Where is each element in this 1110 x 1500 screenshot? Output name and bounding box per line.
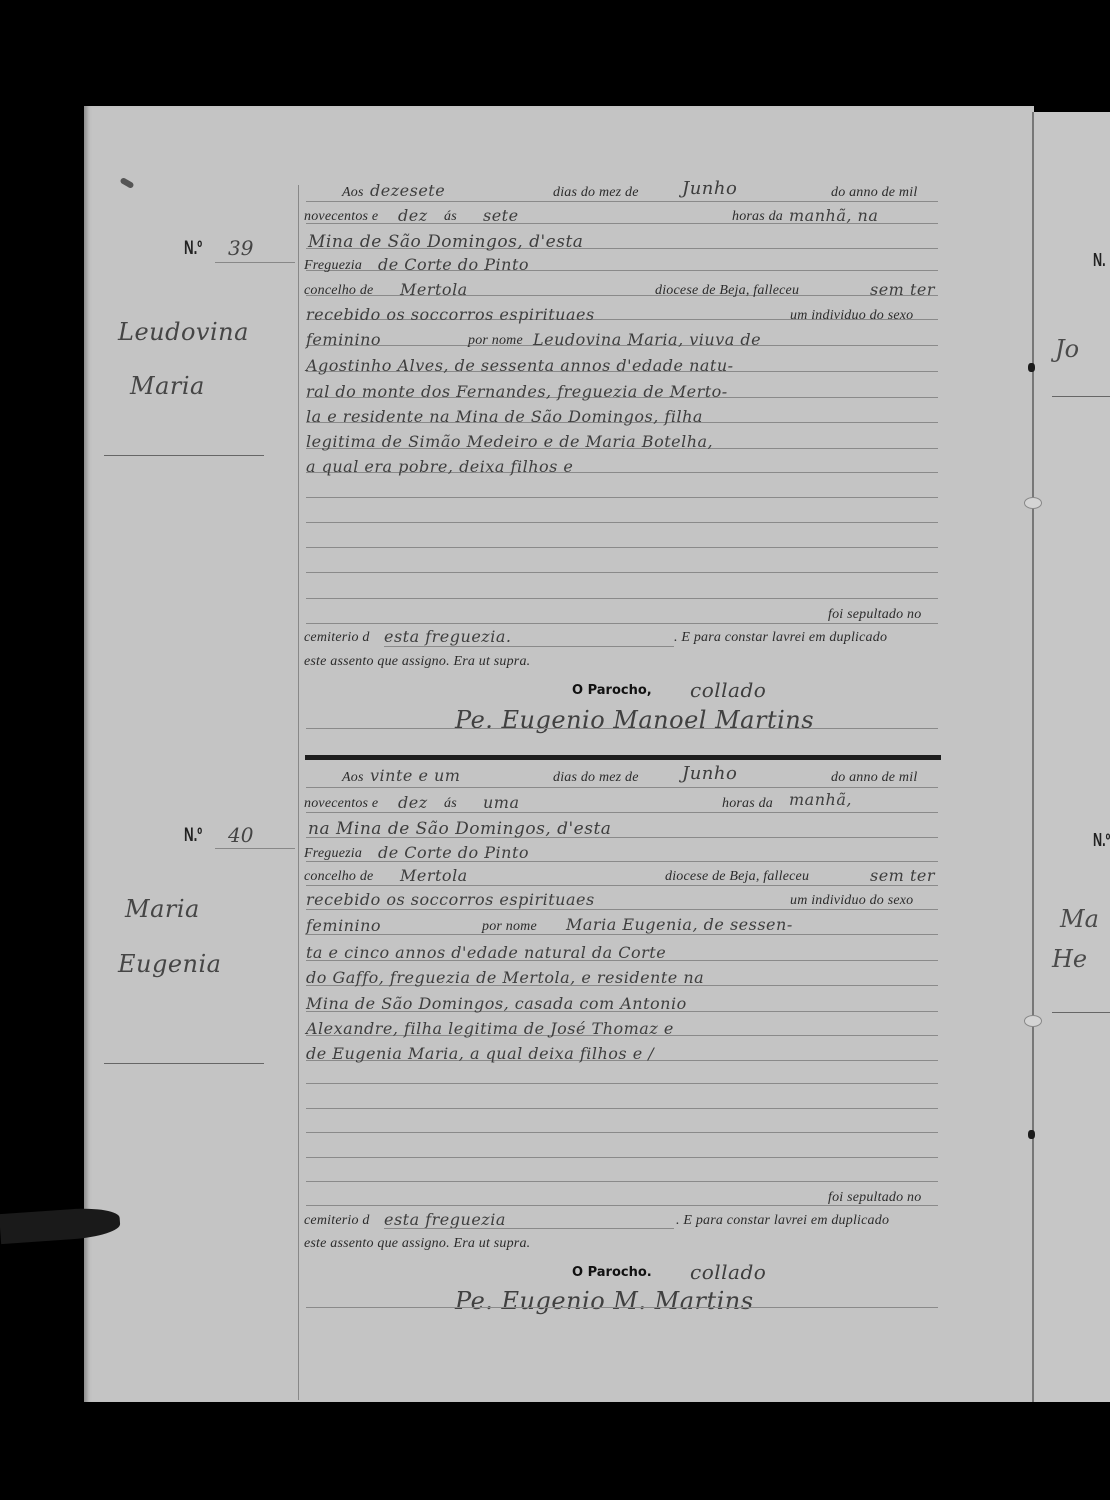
- margin-squiggle: [104, 1063, 264, 1064]
- field-sacrament-end: recebido os soccorros espirituaes: [306, 305, 595, 324]
- label-sepultado: foi sepultado no: [828, 607, 921, 623]
- body-line: de Eugenia Maria, a qual deixa filhos e …: [306, 1044, 654, 1063]
- field-parocho-title: collado: [690, 678, 766, 702]
- field-period: manhã,: [789, 790, 852, 809]
- label-freguezia: Freguezia: [304, 258, 362, 274]
- binding-stitch: [1028, 1130, 1035, 1139]
- ruled-line: [306, 623, 938, 624]
- body-line: do Gaffo, freguezia de Mertola, e reside…: [306, 968, 704, 987]
- register-page-right: [1034, 112, 1110, 1402]
- facing-name-fragment: Jo: [1055, 335, 1079, 363]
- body-line: legitima de Simão Medeiro e de Maria Bot…: [306, 432, 713, 451]
- parish-priest-signature: Pe. Eugenio M. Martins: [455, 1287, 754, 1315]
- field-freguezia: de Corte do Pinto: [378, 843, 529, 862]
- field-month: Junho: [682, 763, 737, 784]
- field-hour: uma: [483, 793, 520, 812]
- label-constar: . E para constar lavrei em duplicado: [676, 1213, 889, 1229]
- label-diocese: diocese de Beja, falleceu: [665, 869, 809, 885]
- label-assento: este assento que assigno. Era ut supra.: [304, 654, 530, 670]
- ruled-line: [384, 646, 674, 647]
- ruled-line: [306, 598, 938, 599]
- ruled-line: [306, 547, 938, 548]
- ruled-line: [306, 522, 938, 523]
- label-horas: horas da: [732, 209, 783, 225]
- field-parocho-title: collado: [690, 1260, 766, 1284]
- field-sacrament-start: sem ter: [870, 280, 935, 299]
- number-underline: [215, 262, 295, 263]
- label-diocese: diocese de Beja, falleceu: [655, 283, 799, 299]
- ruled-line: [306, 1083, 938, 1084]
- field-sex: feminino: [306, 330, 381, 349]
- body-line: Agostinho Alves, de sessenta annos d'eda…: [306, 356, 734, 375]
- margin-line: [298, 185, 299, 1400]
- field-sacrament-start: sem ter: [870, 866, 935, 885]
- body-line: Mina de São Domingos, casada com Antonio: [306, 994, 687, 1013]
- field-cemiterio: esta freguezia: [384, 1210, 506, 1229]
- label-cemiterio: cemiterio d: [304, 630, 370, 646]
- facing-squiggle: [1052, 396, 1110, 397]
- ruled-line: [306, 572, 938, 573]
- field-concelho: Mertola: [400, 866, 468, 885]
- ruled-line: [306, 1307, 938, 1308]
- field-concelho: Mertola: [400, 280, 468, 299]
- label-aos: Aos: [342, 185, 364, 201]
- label-assento: este assento que assigno. Era ut supra.: [304, 1236, 530, 1252]
- label-parocho: O Parocho.: [572, 1265, 652, 1280]
- label-sexo: um individuo do sexo: [790, 893, 913, 909]
- entry-number-label: N.º: [184, 238, 202, 260]
- facing-name-fragment: He: [1052, 945, 1087, 973]
- field-freguezia: de Corte do Pinto: [378, 255, 529, 274]
- entry-number: 39: [228, 236, 253, 260]
- ruled-line: [306, 497, 938, 498]
- label-as: ás: [444, 796, 457, 812]
- register-page-left: [84, 106, 1034, 1402]
- margin-name-first: Leudovina: [118, 318, 249, 346]
- field-place: Mina de São Domingos, d'esta: [308, 232, 583, 252]
- ruled-line: [306, 909, 938, 910]
- ruled-line: [306, 1181, 938, 1182]
- body-line: Alexandre, filha legitima de José Thomaz…: [306, 1019, 674, 1038]
- ruled-line: [306, 1132, 938, 1133]
- facing-squiggle: [1052, 1012, 1110, 1013]
- label-aos: Aos: [342, 770, 364, 786]
- label-freguezia: Freguezia: [304, 846, 362, 862]
- field-year: dez: [398, 206, 428, 225]
- facing-name-fragment: Ma: [1060, 905, 1099, 933]
- field-place: na Mina de São Domingos, d'esta: [308, 819, 611, 839]
- entry-number-label: N.º: [184, 825, 202, 847]
- label-cemiterio: cemiterio d: [304, 1213, 370, 1229]
- body-line: ta e cinco annos d'edade natural da Cort…: [306, 943, 666, 962]
- label-nome: por nome: [482, 919, 537, 935]
- entry-number: 40: [228, 823, 253, 847]
- ruled-line: [306, 201, 938, 202]
- entry-divider: [305, 755, 941, 760]
- parish-priest-signature: Pe. Eugenio Manoel Martins: [455, 706, 814, 734]
- binding-stitch: [1024, 497, 1042, 509]
- ruled-line: [306, 787, 938, 788]
- field-name: Leudovina Maria, viuva de: [533, 330, 761, 349]
- book-gutter: [1032, 112, 1034, 1402]
- field-month: Junho: [682, 178, 737, 199]
- binding-stitch: [1028, 363, 1035, 372]
- label-dias: dias do mez de: [553, 185, 639, 201]
- field-hour: sete: [483, 206, 519, 225]
- margin-name-first: Maria: [125, 895, 200, 923]
- binding-stitch: [1024, 1015, 1042, 1027]
- label-nome: por nome: [468, 333, 523, 349]
- field-sex: feminino: [306, 916, 381, 935]
- facing-number-label: N.º: [1093, 830, 1110, 851]
- label-dias: dias do mez de: [553, 770, 639, 786]
- ruled-line: [384, 1228, 674, 1229]
- ruled-line: [306, 1157, 938, 1158]
- field-year: dez: [398, 793, 428, 812]
- margin-name-last: Maria: [130, 372, 205, 400]
- ruled-line: [306, 934, 938, 935]
- label-novecentos: novecentos e: [304, 209, 378, 225]
- body-line: la e residente na Mina de São Domingos, …: [306, 407, 703, 426]
- number-underline: [215, 848, 295, 849]
- field-name: Maria Eugenia, de sessen-: [566, 915, 793, 934]
- label-concelho: concelho de: [304, 283, 373, 299]
- field-cemiterio: esta freguezia.: [384, 627, 511, 646]
- field-sacrament-end: recebido os soccorros espirituaes: [306, 890, 595, 909]
- field-day: dezesete: [370, 181, 445, 200]
- ruled-line: [306, 1108, 938, 1109]
- label-as: ás: [444, 209, 457, 225]
- body-line: a qual era pobre, deixa filhos e: [306, 457, 573, 476]
- label-sexo: um individuo do sexo: [790, 308, 913, 324]
- label-concelho: concelho de: [304, 869, 373, 885]
- body-line: ral do monte dos Fernandes, freguezia de…: [306, 382, 728, 401]
- facing-number-label: N.: [1093, 250, 1106, 271]
- ruled-line: [306, 812, 938, 813]
- margin-name-last: Eugenia: [118, 950, 221, 978]
- label-anno: do anno de mil: [831, 770, 917, 786]
- label-constar: . E para constar lavrei em duplicado: [674, 630, 887, 646]
- field-day: vinte e um: [370, 766, 460, 785]
- label-parocho: O Parocho,: [572, 683, 652, 698]
- margin-squiggle: [104, 455, 264, 456]
- ruled-line: [306, 728, 938, 729]
- label-sepultado: foi sepultado no: [828, 1190, 921, 1206]
- ruled-line: [306, 885, 938, 886]
- label-horas: horas da: [722, 796, 773, 812]
- field-period: manhã, na: [789, 206, 878, 225]
- label-anno: do anno de mil: [831, 185, 917, 201]
- label-novecentos: novecentos e: [304, 796, 378, 812]
